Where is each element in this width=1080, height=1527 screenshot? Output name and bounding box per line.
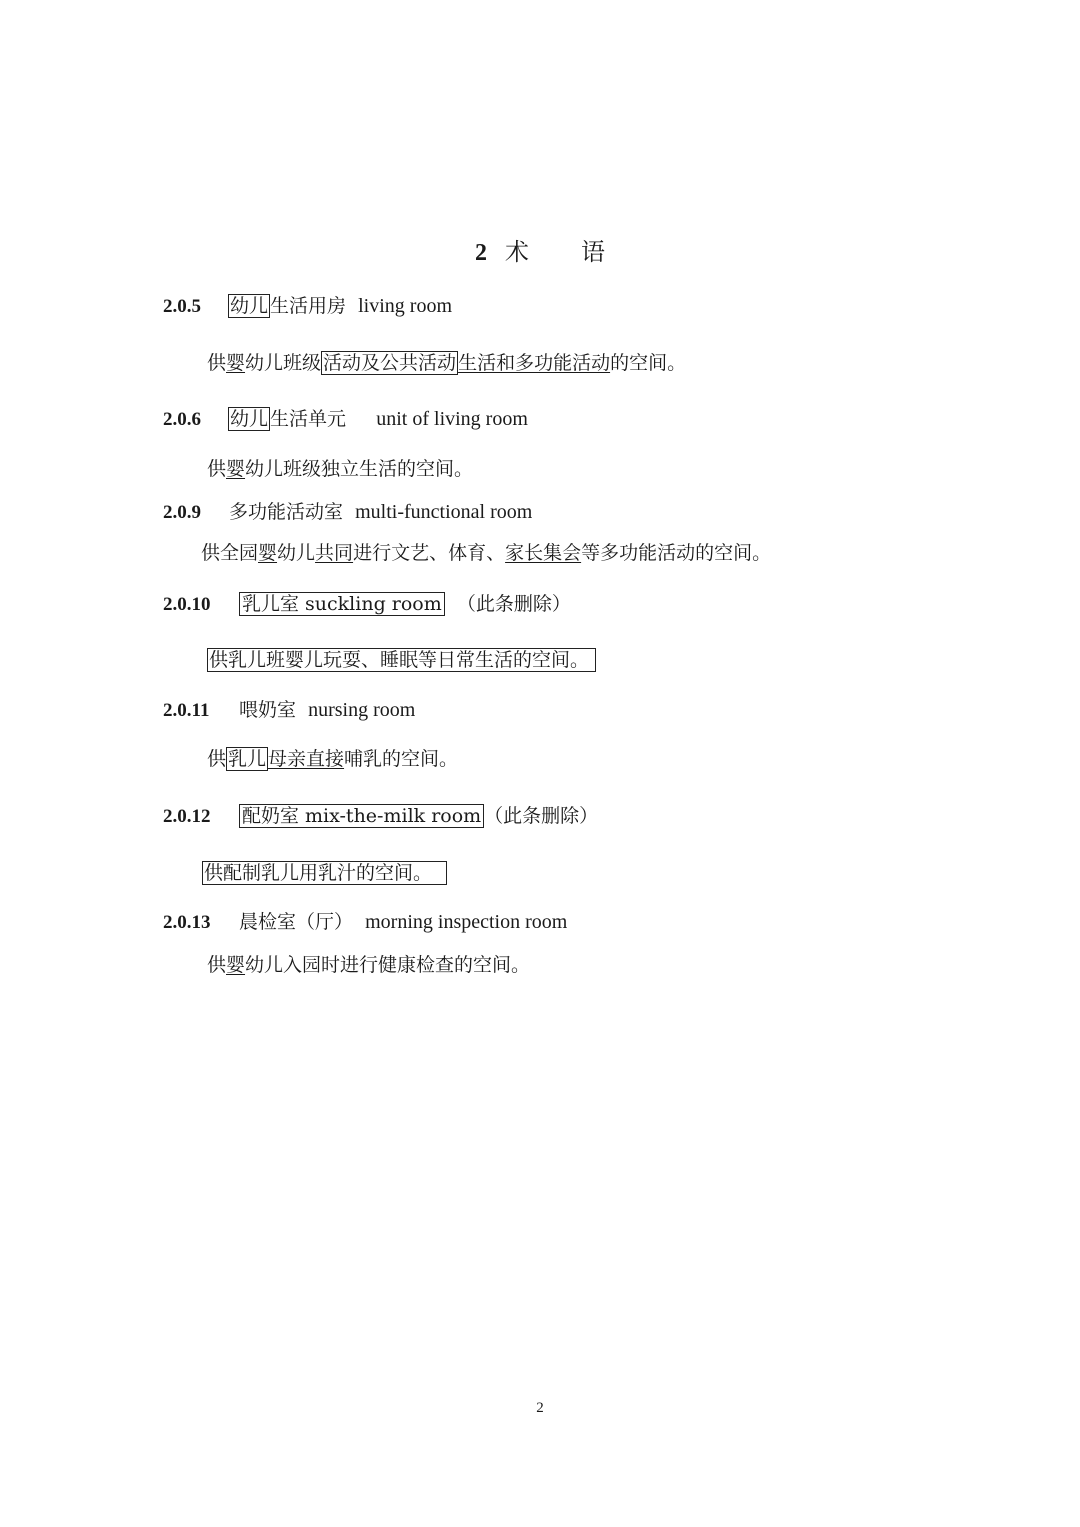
def-text: 供全园 <box>201 542 258 564</box>
def-text: 进行文艺、体育、 <box>353 542 505 564</box>
clause-number: 2.0.6 <box>163 407 228 433</box>
def-text: 等多功能活动的空间。 <box>581 542 771 564</box>
definition-2-0-10: 供乳儿班婴儿玩耍、睡眠等日常生活的空间。 <box>207 647 596 673</box>
boxed-text: 幼儿 <box>228 407 270 431</box>
boxed-text: 活动及公共活动 <box>321 351 458 375</box>
underlined-text: 婴 <box>258 542 277 564</box>
definition-2-0-12: 供配制乳儿用乳汁的空间。 <box>202 860 447 886</box>
def-text: 供 <box>207 352 226 374</box>
underlined-text: 家长集会 <box>505 542 581 564</box>
boxed-text: 乳儿 <box>226 747 268 771</box>
term-2-0-9: 2.0.9多功能活动室 multi-functional room <box>163 499 532 526</box>
def-text: 的空间。 <box>610 352 686 374</box>
underlined-text: 婴 <box>226 352 245 374</box>
term-zh: 晨检室（厅） <box>239 911 353 933</box>
chapter-number: 2 <box>475 240 487 266</box>
clause-number: 2.0.11 <box>163 698 239 724</box>
clause-number: 2.0.13 <box>163 910 239 936</box>
term-en: nursing room <box>308 699 415 721</box>
deleted-term-box: 乳儿室 suckling room <box>239 592 445 616</box>
term-zh: 生活单元 <box>270 408 346 430</box>
chapter-word-2: 语 <box>581 238 605 266</box>
clause-number: 2.0.10 <box>163 592 239 618</box>
deleted-definition-box: 供配制乳儿用乳汁的空间。 <box>202 861 447 885</box>
underlined-text: 共同 <box>315 542 353 564</box>
def-text: 幼儿入园时进行健康检查的空间。 <box>245 954 530 976</box>
deletion-note: （此条删除） <box>457 593 571 615</box>
chapter-word-1: 术 <box>505 238 529 266</box>
def-text: 供 <box>207 458 226 480</box>
definition-2-0-13: 供婴幼儿入园时进行健康检查的空间。 <box>207 952 530 978</box>
def-text: 供 <box>207 748 226 770</box>
definition-2-0-11: 供乳儿母亲直接哺乳的空间。 <box>207 746 458 772</box>
term-en: living room <box>358 295 452 317</box>
term-2-0-12: 2.0.12配奶室 mix-the-milk room（此条删除） <box>163 803 598 830</box>
term-2-0-5: 2.0.5幼儿生活用房 living room <box>163 293 452 320</box>
deleted-term-box: 配奶室 mix-the-milk room <box>239 804 484 828</box>
term-2-0-11: 2.0.11喂奶室 nursing room <box>163 697 415 724</box>
def-text: 供 <box>207 954 226 976</box>
underlined-text: 生活和多功能活动 <box>458 352 610 374</box>
boxed-text: 幼儿 <box>228 294 270 318</box>
deletion-note: （此条删除） <box>484 805 598 827</box>
term-2-0-10: 2.0.10乳儿室 suckling room （此条删除） <box>163 591 571 618</box>
chapter-title: 2术语 <box>0 232 1080 267</box>
def-text: 幼儿班级 <box>245 352 321 374</box>
underlined-text: 母亲直接 <box>268 748 344 770</box>
term-2-0-13: 2.0.13晨检室（厅） morning inspection room <box>163 909 567 936</box>
term-zh: 生活用房 <box>270 295 346 317</box>
term-en: unit of living room <box>376 408 528 430</box>
def-text: 幼儿班级独立生活的空间。 <box>245 458 473 480</box>
definition-2-0-6: 供婴幼儿班级独立生活的空间。 <box>207 456 473 482</box>
term-en: multi-functional room <box>355 501 532 523</box>
clause-number: 2.0.12 <box>163 804 239 830</box>
term-zh: 多功能活动室 <box>229 501 343 523</box>
underlined-text: 婴 <box>226 458 245 480</box>
def-text: 哺乳的空间。 <box>344 748 458 770</box>
term-zh: 喂奶室 <box>239 699 296 721</box>
underlined-text: 婴 <box>226 954 245 976</box>
def-text: 幼儿 <box>277 542 315 564</box>
term-2-0-6: 2.0.6幼儿生活单元 unit of living room <box>163 406 528 433</box>
clause-number: 2.0.5 <box>163 294 228 320</box>
page-number: 2 <box>0 1400 1080 1417</box>
definition-2-0-9: 供全园婴幼儿共同进行文艺、体育、家长集会等多功能活动的空间。 <box>201 540 771 566</box>
definition-2-0-5: 供婴幼儿班级活动及公共活动生活和多功能活动的空间。 <box>207 350 686 376</box>
deleted-definition-box: 供乳儿班婴儿玩耍、睡眠等日常生活的空间。 <box>207 648 596 672</box>
term-en: morning inspection room <box>365 911 567 933</box>
clause-number: 2.0.9 <box>163 500 229 526</box>
